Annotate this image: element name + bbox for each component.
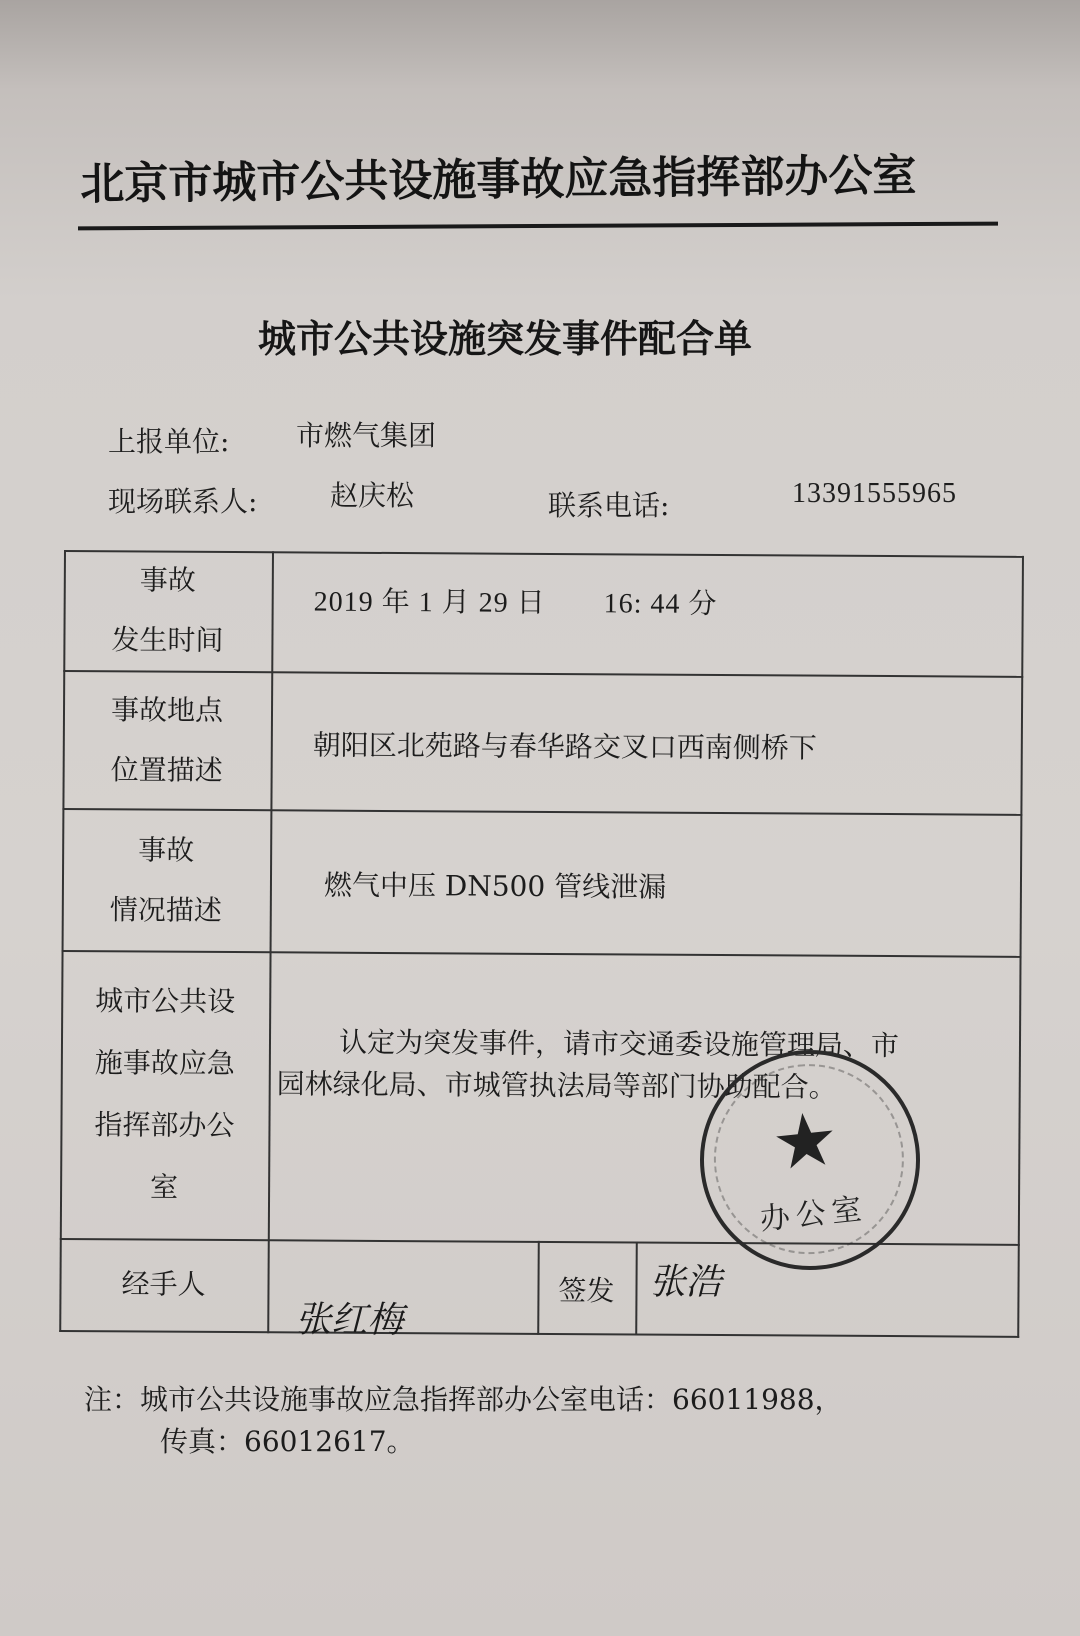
location-label: 事故地点 位置描述 [62, 680, 271, 801]
occurrence-time-value: 2019 年 1 月 29 日 16: 44 分 [314, 580, 718, 622]
handler-label: 经手人 [59, 1254, 267, 1315]
title-underline [78, 222, 998, 231]
label-line: 城市公共设 [61, 970, 269, 1033]
situation-value: 燃气中压 DN500 管线泄漏 [324, 864, 666, 906]
reporting-unit-value: 市燃气集团 [296, 414, 436, 454]
star-icon: ★ [768, 1101, 842, 1182]
label-line: 情况描述 [62, 880, 270, 941]
reporting-unit-label: 上报单位: [108, 420, 229, 460]
table-divider [62, 950, 1022, 958]
incident-table: 事故 发生时间 2019 年 1 月 29 日 16: 44 分 事故地点 位置… [59, 550, 1024, 1401]
issuer-signature: 张浩 [649, 1254, 721, 1305]
document-page: 北京市城市公共设施事故应急指挥部办公室 城市公共设施突发事件配合单 上报单位: … [0, 0, 1080, 1636]
label-line: 事故 [64, 550, 272, 611]
handler-signature: 张红梅 [295, 1291, 403, 1343]
label-line: 指挥部办公 [60, 1094, 268, 1157]
table-border-right [1017, 556, 1024, 1338]
organization-title: 北京市城市公共设施事故应急指挥部办公室 [80, 138, 1001, 212]
footnote-line-1: 注：城市公共设施事故应急指挥部办公室电话：66011988， [84, 1378, 843, 1418]
onsite-contact-value: 赵庆松 [330, 474, 414, 514]
table-divider [63, 670, 1023, 678]
situation-label: 事故 情况描述 [62, 820, 271, 941]
location-value: 朝阳区北苑路与春华路交叉口西南侧桥下 [313, 724, 817, 767]
label-line: 室 [60, 1156, 268, 1219]
label-line: 施事故应急 [61, 1032, 269, 1095]
label-line: 位置描述 [62, 740, 270, 801]
contact-phone-value: 13391555965 [792, 478, 957, 510]
label-line: 发生时间 [63, 610, 271, 671]
contact-phone-label: 联系电话: [548, 484, 669, 524]
label-line: 事故地点 [63, 680, 271, 741]
table-column-divider [635, 1242, 638, 1336]
onsite-contact-label: 现场联系人: [108, 480, 257, 520]
footnote-line-2: 传真：66012617。 [160, 1420, 415, 1460]
office-opinion-label: 城市公共设 施事故应急 指挥部办公 室 [60, 970, 270, 1219]
issuer-label: 签发 [537, 1261, 635, 1322]
form-title: 城市公共设施突发事件配合单 [258, 308, 752, 363]
table-divider [62, 808, 1022, 816]
label-line: 事故 [62, 820, 270, 881]
occurrence-time-label: 事故 发生时间 [63, 550, 272, 671]
